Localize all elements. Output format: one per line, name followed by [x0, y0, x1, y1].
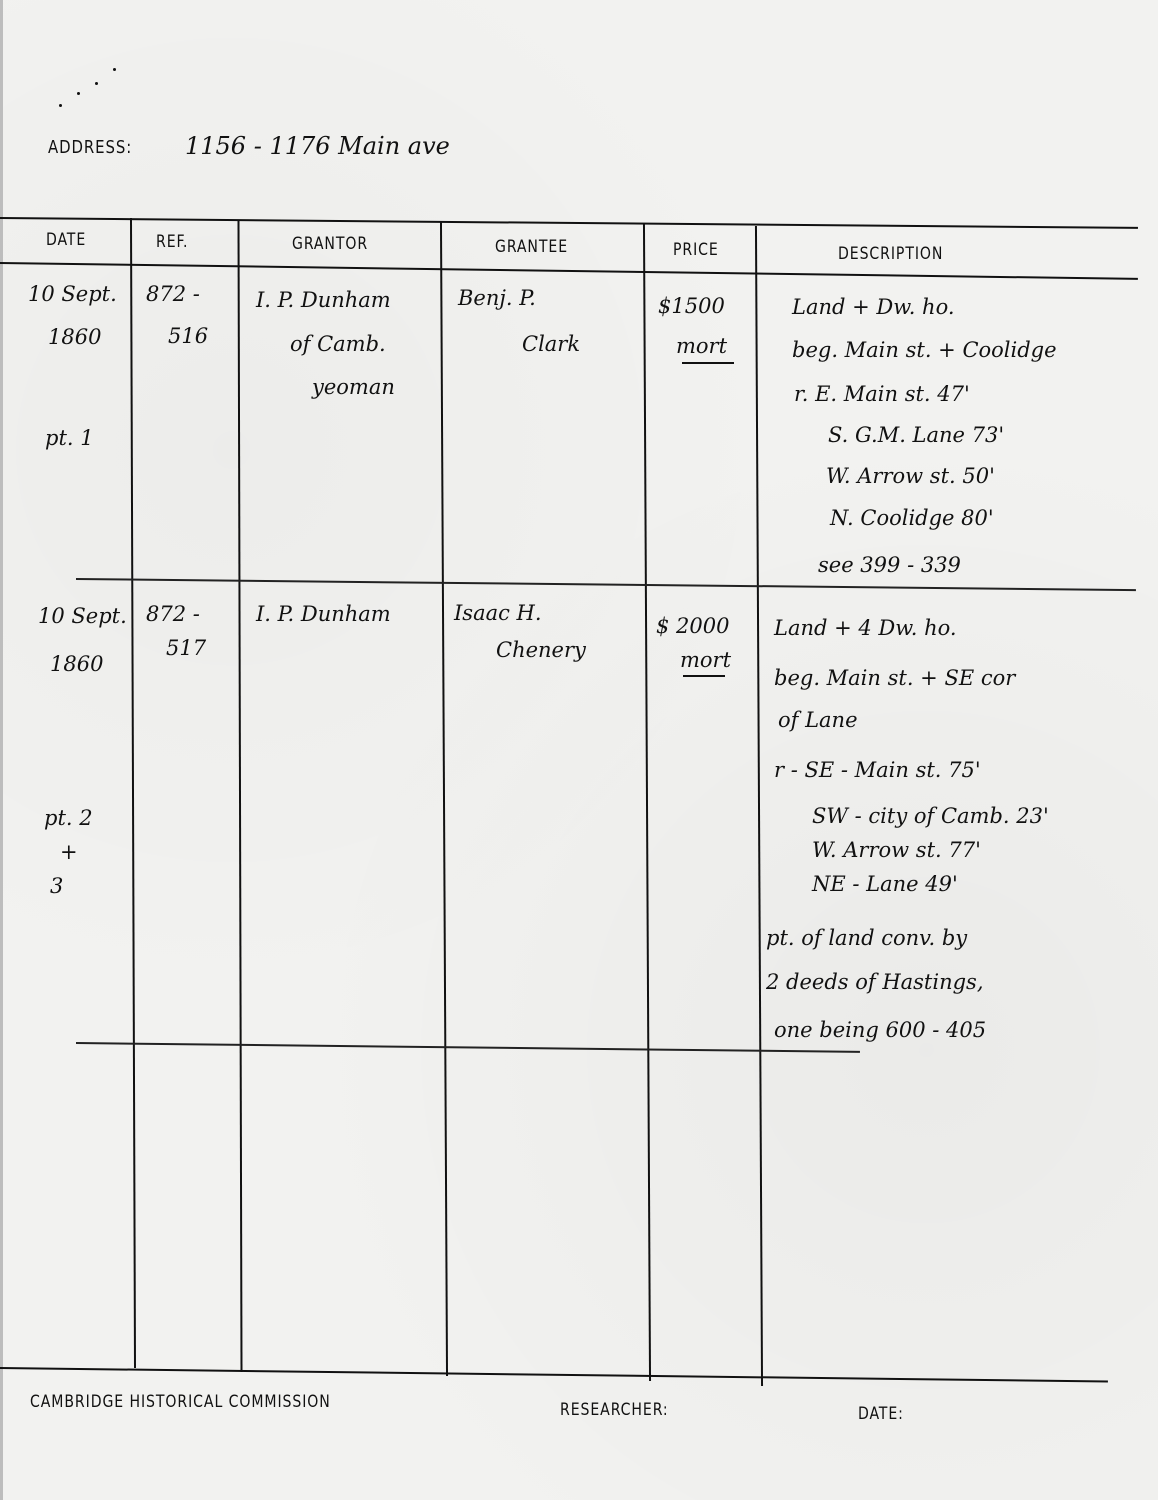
footer-date-label: DATE:: [858, 1404, 904, 1424]
entry-ref-page: 517: [166, 638, 206, 659]
description-line: N. Coolidge 80': [830, 508, 994, 529]
entry-grantee-last: Chenery: [496, 640, 586, 661]
description-line: pt. of land conv. by: [766, 928, 967, 949]
entry-date-year: 1860: [50, 654, 103, 675]
entry-part: pt. 2: [44, 808, 93, 829]
price-note-underline: [683, 675, 725, 677]
column-header-date: DATE: [46, 230, 86, 250]
description-line: r. E. Main st. 47': [794, 384, 970, 405]
entry-grantor-residence: of Camb.: [290, 334, 386, 355]
entry-date-day: 10 Sept.: [38, 606, 127, 627]
footer-organization: CAMBRIDGE HISTORICAL COMMISSION: [30, 1392, 331, 1412]
description-line: W. Arrow st. 50': [826, 466, 995, 487]
description-line: Land + Dw. ho.: [792, 297, 955, 318]
description-line: of Lane: [778, 710, 858, 731]
entry-date-year: 1860: [48, 327, 101, 348]
description-line: beg. Main st. + SE cor: [774, 668, 1015, 689]
entry-date-day: 10 Sept.: [28, 284, 117, 305]
entry-part-three: 3: [50, 876, 63, 897]
description-line: SW - city of Camb. 23': [812, 806, 1049, 827]
entry-price: $1500: [658, 296, 725, 317]
price-note-underline: [682, 362, 734, 364]
scan-edge: [0, 0, 3, 1500]
entry-grantor-occupation: yeoman: [312, 377, 395, 398]
column-header-description: DESCRIPTION: [838, 244, 943, 264]
description-line: beg. Main st. + Coolidge: [792, 340, 1057, 361]
entry-grantor-name: I. P. Dunham: [256, 290, 391, 311]
column-header-ref: REF.: [156, 232, 188, 252]
entry-grantee-first: Isaac H.: [454, 603, 542, 624]
entry-part-plus: +: [60, 842, 78, 863]
description-line: S. G.M. Lane 73': [828, 425, 1004, 446]
entry-grantee-first: Benj. P.: [458, 288, 536, 309]
entry-price-note: mort: [680, 650, 731, 671]
column-header-grantee: GRANTEE: [495, 237, 568, 257]
description-line: Land + 4 Dw. ho.: [774, 618, 957, 639]
address-value: 1156 - 1176 Main ave: [185, 134, 450, 158]
description-line: NE - Lane 49': [812, 874, 958, 895]
description-line: one being 600 - 405: [774, 1020, 986, 1041]
description-line: r - SE - Main st. 75': [774, 760, 981, 781]
description-line: see 399 - 339: [818, 555, 961, 576]
entry-ref-book: 872 -: [146, 284, 200, 305]
description-line: W. Arrow st. 77': [812, 840, 981, 861]
entry-ref-book: 872 -: [146, 604, 200, 625]
entry-ref-page: 516: [168, 326, 208, 347]
entry-price-note: mort: [676, 336, 727, 357]
entry-grantor-name: I. P. Dunham: [256, 604, 391, 625]
entry-price: $ 2000: [656, 616, 729, 637]
column-header-grantor: GRANTOR: [292, 234, 368, 254]
column-header-price: PRICE: [673, 240, 719, 260]
address-label: ADDRESS:: [48, 137, 132, 158]
entry-part: pt. 1: [45, 428, 94, 449]
description-line: 2 deeds of Hastings,: [766, 972, 984, 993]
entry-grantee-last: Clark: [522, 334, 580, 355]
footer-researcher-label: RESEARCHER:: [560, 1400, 669, 1420]
